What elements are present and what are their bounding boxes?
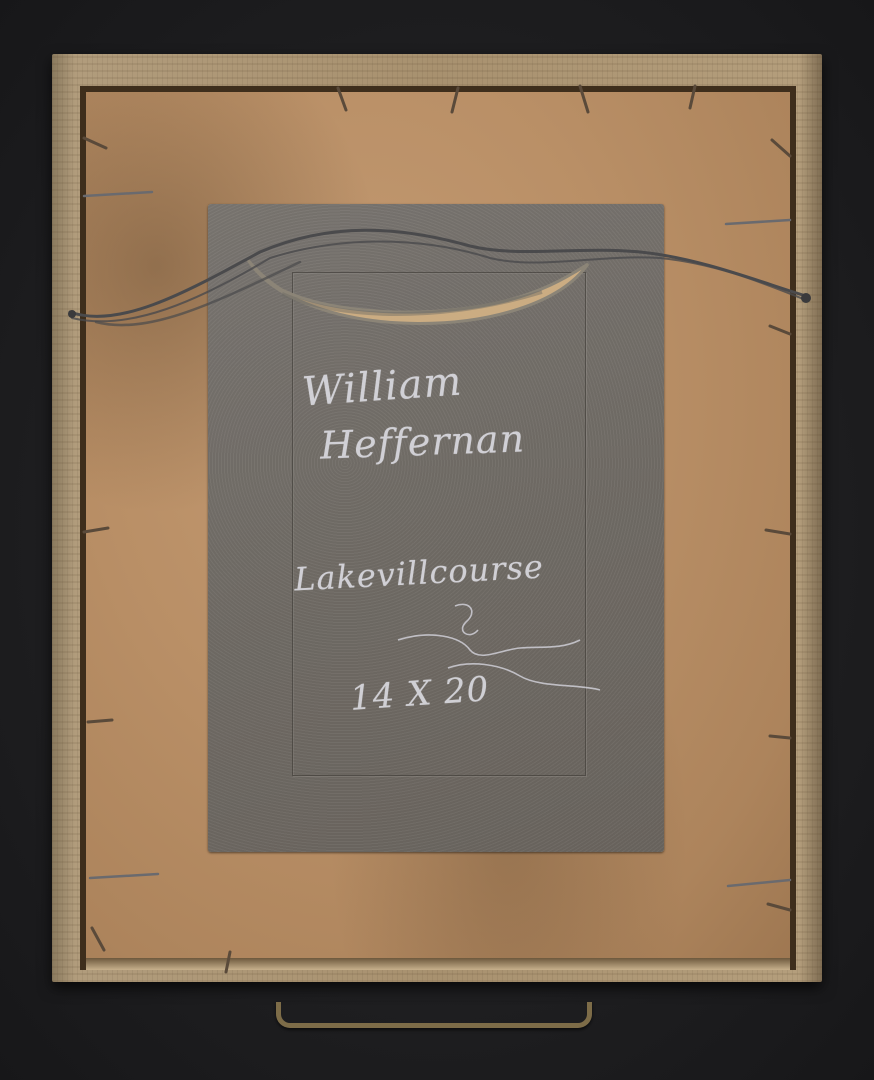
frame-bottom-rail [86,958,790,970]
cabinet-card: William Heffernan Lakevillcourse 14 X 20 [208,204,664,852]
photo-scene: William Heffernan Lakevillcourse 14 X 20 [0,0,874,1080]
torn-crescent-cutout [242,234,590,346]
inscription-last-name: Heffernan [319,416,525,467]
easel-stand [276,1002,592,1028]
